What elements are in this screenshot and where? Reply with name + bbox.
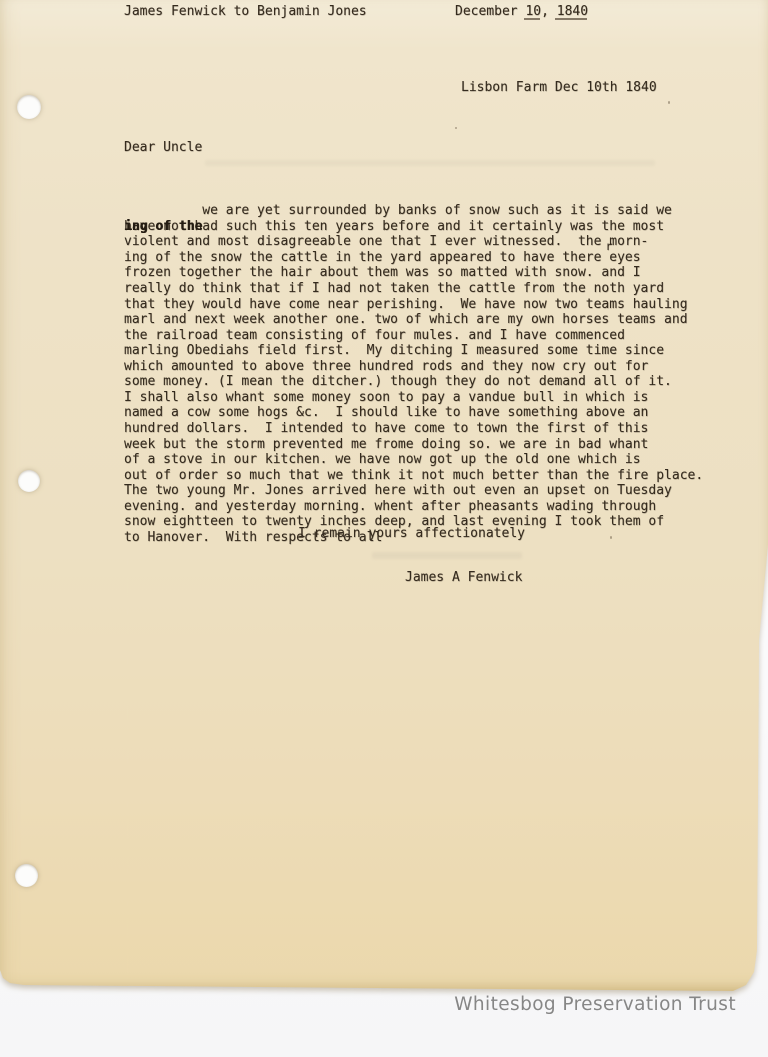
closing-line: I remain yours affectionately [298, 526, 525, 542]
ink-speck [610, 536, 612, 539]
letter-body: we are yet surrounded by banks of snow s… [124, 172, 764, 608]
erased-text-smudge [205, 160, 655, 166]
scanned-letter-viewport: James Fenwick to Benjamin Jones December… [0, 0, 768, 1057]
punch-hole-top [17, 95, 41, 119]
letter-dateline: Lisbon Farm Dec 10th 1840 [461, 80, 657, 96]
signature: James A Fenwick [405, 570, 522, 586]
typed-underline [555, 18, 587, 20]
overstruck-bold-text: ing of the [124, 219, 202, 235]
letter-paper-wrap: James Fenwick to Benjamin Jones December… [0, 0, 768, 1057]
typed-underline [524, 18, 540, 20]
watermark-text: Whitesbog Preservation Trust [454, 994, 736, 1015]
salutation: Dear Uncle [124, 140, 202, 156]
ink-speck [455, 127, 457, 129]
archive-caption: James Fenwick to Benjamin Jones [124, 4, 367, 20]
ink-speck [668, 101, 670, 104]
letter-paper: James Fenwick to Benjamin Jones December… [0, 0, 768, 991]
punch-hole-middle [18, 470, 40, 492]
erased-text-smudge [372, 552, 522, 559]
letter-body-text: we are yet surrounded by banks of snow s… [124, 203, 764, 545]
punch-hole-bottom [15, 864, 38, 887]
typed-correction-superscript: r [606, 241, 613, 252]
